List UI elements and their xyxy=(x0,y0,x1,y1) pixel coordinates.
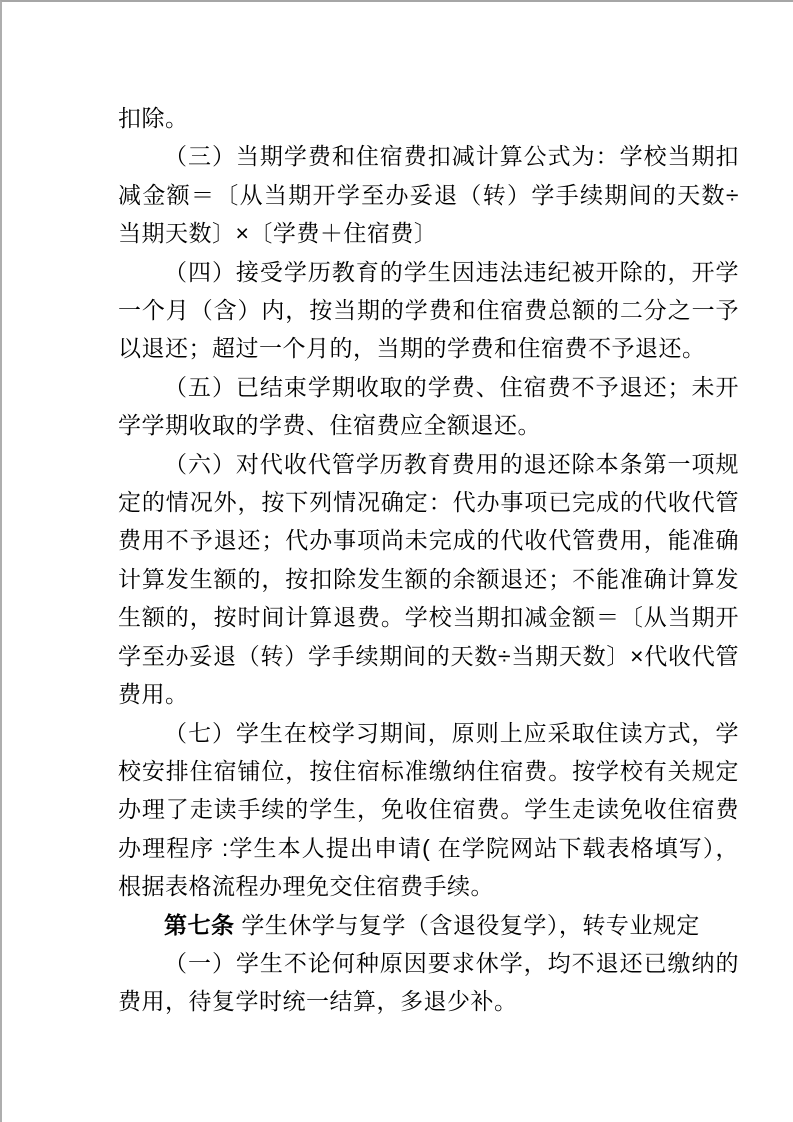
paragraph-clause-4-expelled-students-refund: （四）接受学历教育的学生因违法违纪被开除的，开学一个月（含）内，按当期的学费和住… xyxy=(118,253,739,368)
paragraph-continuation: 扣除。 xyxy=(118,99,739,137)
paragraph-article-7-heading: 第七条 学生休学与复学（含退役复学），转专业规定 xyxy=(118,906,739,944)
paragraph-clause-3-fee-deduction-formula: （三）当期学费和住宿费扣减计算公式为：学校当期扣减金额＝〔从当期开学至办妥退（转… xyxy=(118,137,739,252)
document-page: 扣除。 （三）当期学费和住宿费扣减计算公式为：学校当期扣减金额＝〔从当期开学至办… xyxy=(0,0,793,1122)
article-7-title: 学生休学与复学（含退役复学），转专业规定 xyxy=(235,912,700,938)
paragraph-clause-1-suspension-refund: （一）学生不论何种原因要求休学，均不退还已缴纳的费用，待复学时统一结算，多退少补… xyxy=(118,944,739,1021)
article-7-number: 第七条 xyxy=(164,912,235,938)
paragraph-clause-7-accommodation-rules: （七）学生在校学习期间，原则上应采取住读方式，学校安排住宿铺位，按住宿标准缴纳住… xyxy=(118,714,739,906)
paragraph-clause-6-collected-fees-refund: （六）对代收代管学历教育费用的退还除本条第一项规定的情况外，按下列情况确定：代办… xyxy=(118,445,739,714)
paragraph-clause-5-ended-semester-refund: （五）已结束学期收取的学费、住宿费不予退还；未开学学期收取的学费、住宿费应全额退… xyxy=(118,368,739,445)
